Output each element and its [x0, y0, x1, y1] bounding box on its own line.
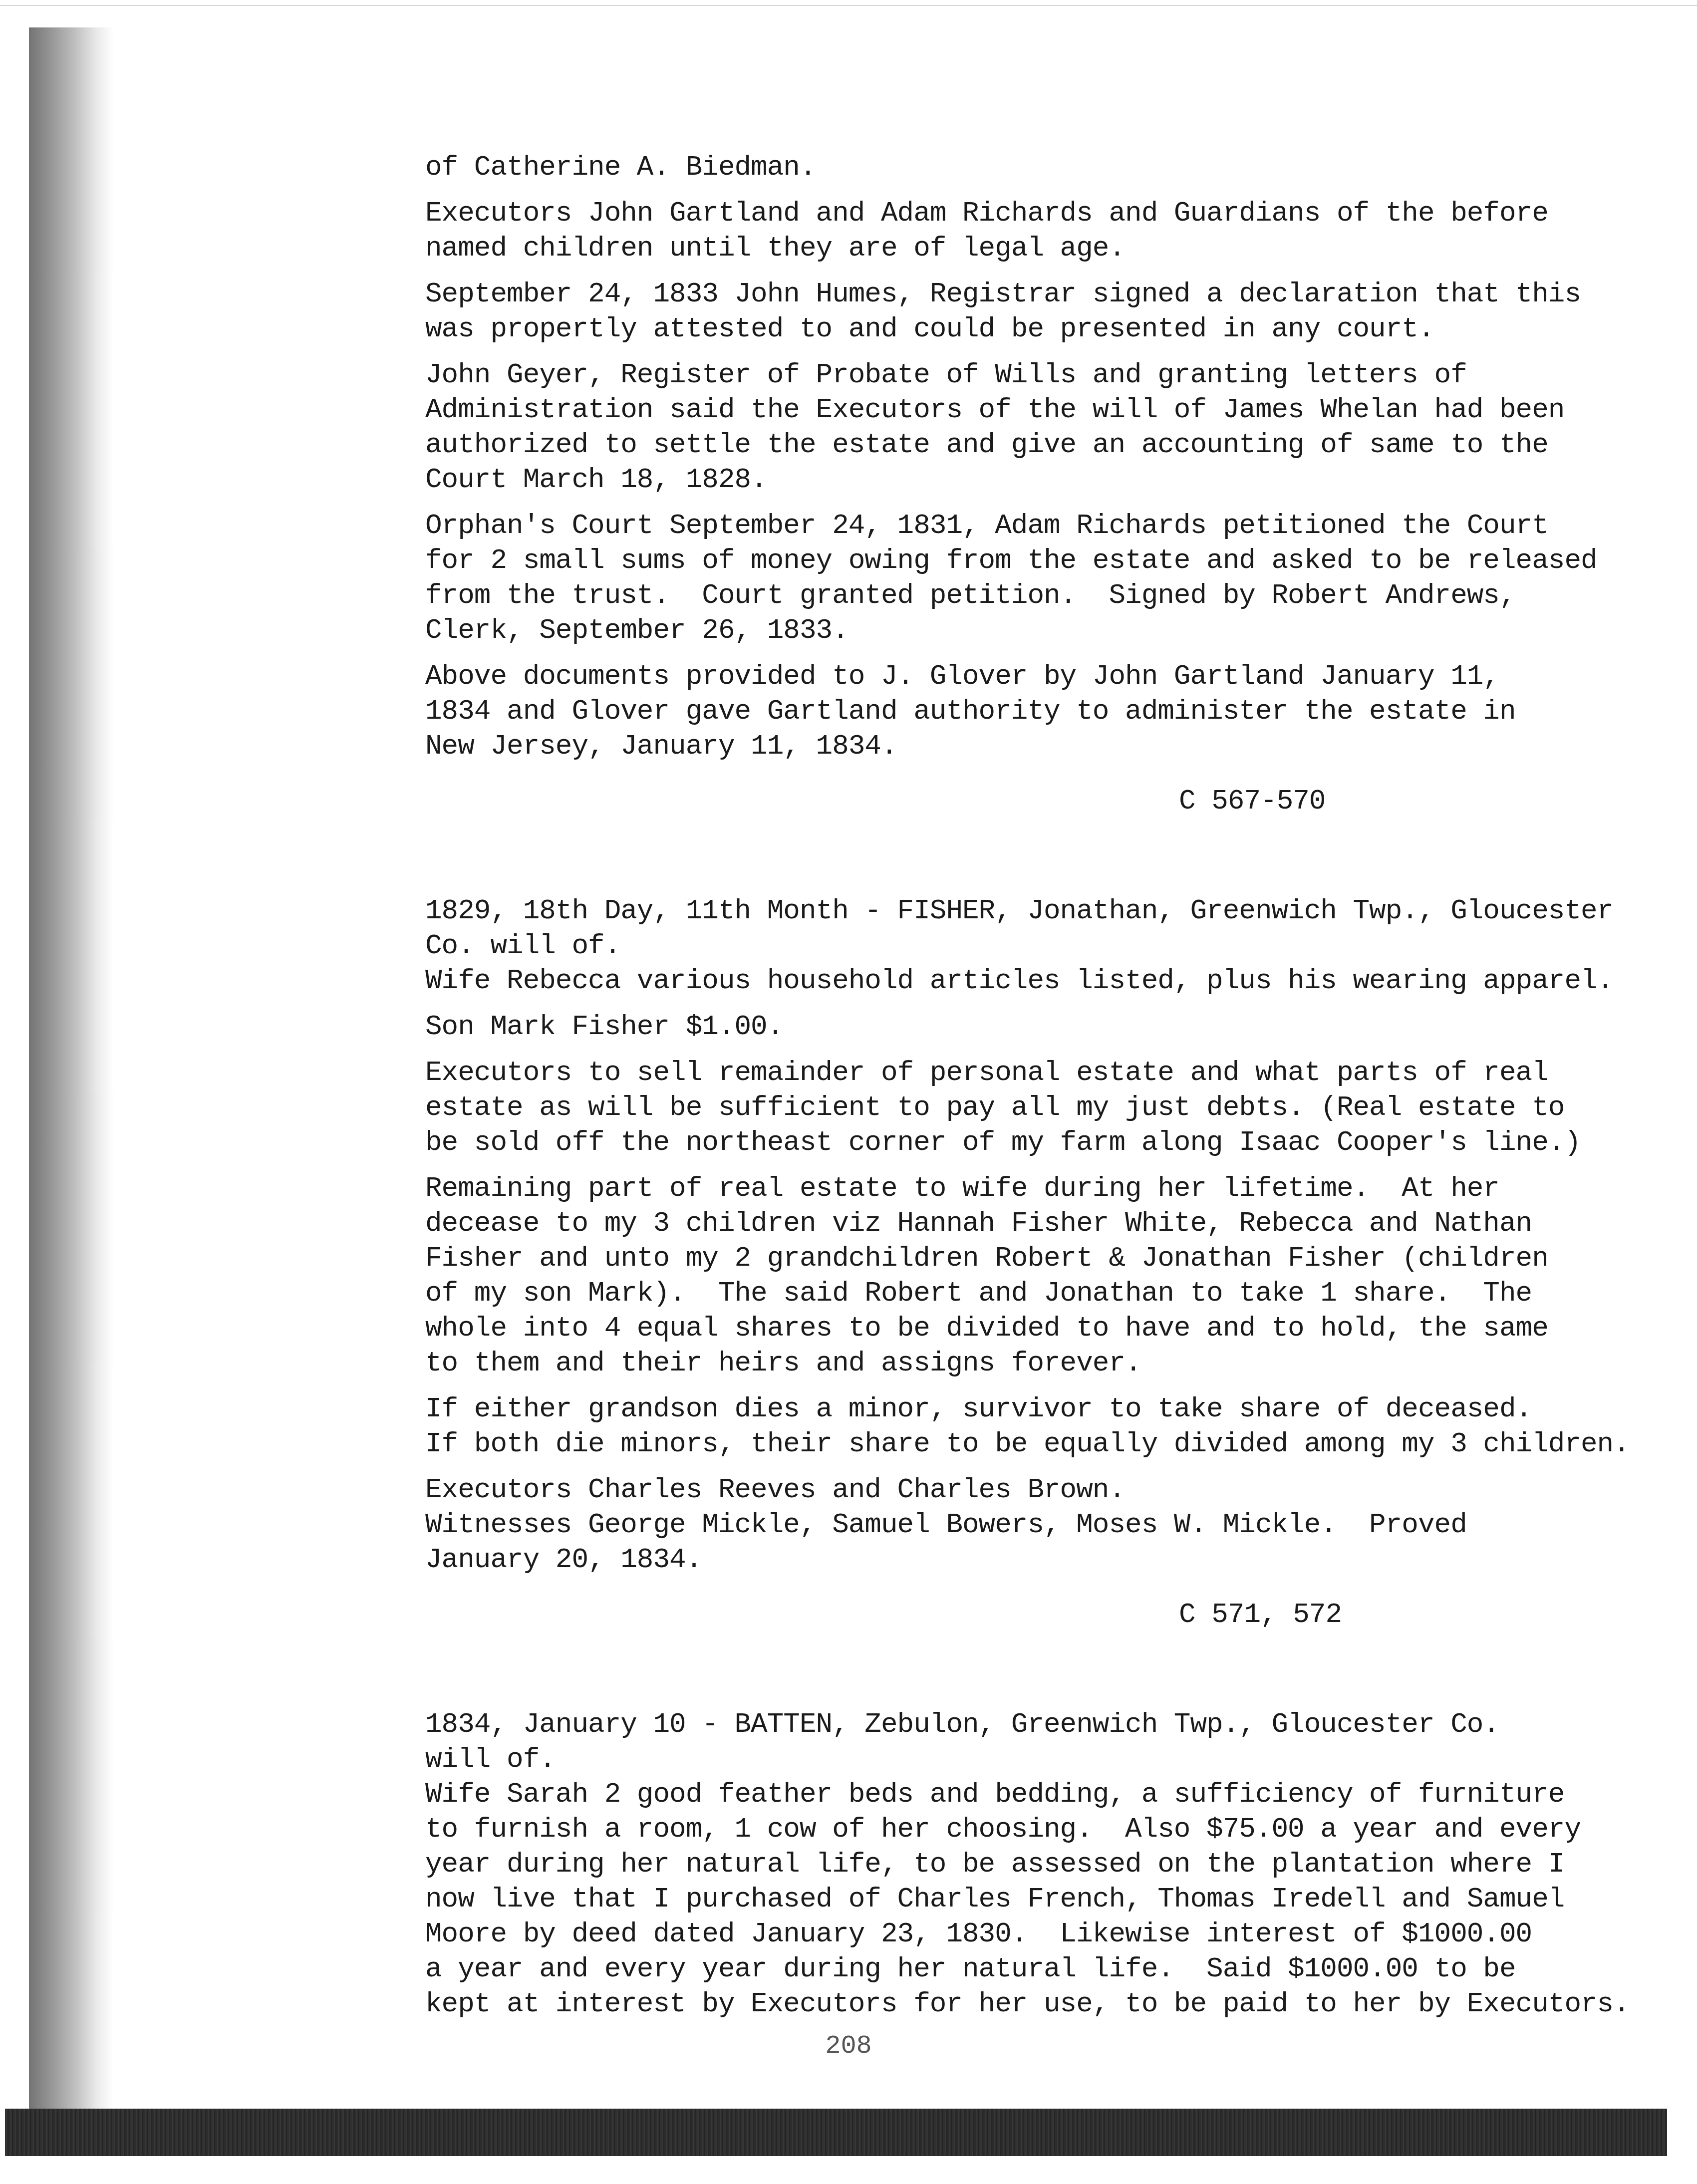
- text-line: Above documents provided to J. Glover by…: [425, 659, 1643, 694]
- paragraph: Orphan's Court September 24, 1831, Adam …: [425, 508, 1643, 648]
- text-line: Administration said the Executors of the…: [425, 392, 1643, 427]
- text-line: year during her natural life, to be asse…: [425, 1847, 1643, 1882]
- paragraph: 1829, 18th Day, 11th Month - FISHER, Jon…: [425, 893, 1643, 998]
- text-line: Moore by deed dated January 23, 1830. Li…: [425, 1916, 1643, 1951]
- record-reference: C 571, 572: [1179, 1597, 1643, 1632]
- will-entry: 1829, 18th Day, 11th Month - FISHER, Jon…: [425, 893, 1643, 1632]
- paragraph: Executors Charles Reeves and Charles Bro…: [425, 1472, 1643, 1577]
- text-line: Clerk, September 26, 1833.: [425, 613, 1643, 648]
- text-line: to furnish a room, 1 cow of her choosing…: [425, 1812, 1643, 1847]
- text-line: will of.: [425, 1742, 1643, 1777]
- scan-top-edge: [0, 5, 1697, 6]
- book-binding-shadow: [29, 27, 114, 2114]
- text-line: 1829, 18th Day, 11th Month - FISHER, Jon…: [425, 893, 1643, 928]
- text-line: of my son Mark). The said Robert and Jon…: [425, 1276, 1643, 1311]
- text-line: January 20, 1834.: [425, 1542, 1643, 1577]
- text-line: 1834 and Glover gave Gartland authority …: [425, 694, 1643, 729]
- text-line: kept at interest by Executors for her us…: [425, 1986, 1643, 2021]
- text-line: authorized to settle the estate and give…: [425, 427, 1643, 462]
- document-body: of Catherine A. Biedman.Executors John G…: [425, 150, 1643, 2032]
- text-line: Wife Rebecca various household articles …: [425, 963, 1643, 998]
- page-number: 208: [0, 2031, 1697, 2061]
- paragraph: If either grandson dies a minor, survivo…: [425, 1391, 1643, 1461]
- text-line: Executors John Gartland and Adam Richard…: [425, 196, 1643, 231]
- text-line: September 24, 1833 John Humes, Registrar…: [425, 276, 1643, 311]
- text-line: John Geyer, Register of Probate of Wills…: [425, 357, 1643, 392]
- text-line: Orphan's Court September 24, 1831, Adam …: [425, 508, 1643, 543]
- text-line: New Jersey, January 11, 1834.: [425, 729, 1643, 764]
- text-line: decease to my 3 children viz Hannah Fish…: [425, 1206, 1643, 1241]
- text-line: Executors to sell remainder of personal …: [425, 1055, 1643, 1090]
- paragraph: Remaining part of real estate to wife du…: [425, 1171, 1643, 1380]
- text-line: 1834, January 10 - BATTEN, Zebulon, Gree…: [425, 1707, 1643, 1742]
- text-line: was propertly attested to and could be p…: [425, 311, 1643, 346]
- text-line: Executors Charles Reeves and Charles Bro…: [425, 1472, 1643, 1507]
- text-line: now live that I purchased of Charles Fre…: [425, 1882, 1643, 1916]
- text-line: a year and every year during her natural…: [425, 1951, 1643, 1986]
- text-line: from the trust. Court granted petition. …: [425, 578, 1643, 613]
- text-line: Wife Sarah 2 good feather beds and beddi…: [425, 1777, 1643, 1812]
- text-line: whole into 4 equal shares to be divided …: [425, 1311, 1643, 1346]
- text-line: estate as will be sufficient to pay all …: [425, 1090, 1643, 1125]
- will-entry: of Catherine A. Biedman.Executors John G…: [425, 150, 1643, 819]
- text-line: Son Mark Fisher $1.00.: [425, 1009, 1643, 1044]
- text-line: named children until they are of legal a…: [425, 231, 1643, 266]
- text-line: If both die minors, their share to be eq…: [425, 1426, 1643, 1461]
- paragraph: of Catherine A. Biedman.: [425, 150, 1643, 185]
- text-line: to them and their heirs and assigns fore…: [425, 1346, 1643, 1380]
- text-line: be sold off the northeast corner of my f…: [425, 1125, 1643, 1160]
- record-reference: C 567-570: [1179, 784, 1643, 819]
- paragraph: John Geyer, Register of Probate of Wills…: [425, 357, 1643, 497]
- paragraph: Executors to sell remainder of personal …: [425, 1055, 1643, 1160]
- text-line: for 2 small sums of money owing from the…: [425, 543, 1643, 578]
- paragraph: 1834, January 10 - BATTEN, Zebulon, Gree…: [425, 1707, 1643, 2021]
- text-line: If either grandson dies a minor, survivo…: [425, 1391, 1643, 1426]
- paragraph: Above documents provided to J. Glover by…: [425, 659, 1643, 764]
- text-line: of Catherine A. Biedman.: [425, 150, 1643, 185]
- will-entry: 1834, January 10 - BATTEN, Zebulon, Gree…: [425, 1707, 1643, 2021]
- text-line: Fisher and unto my 2 grandchildren Rober…: [425, 1241, 1643, 1276]
- paragraph: Son Mark Fisher $1.00.: [425, 1009, 1643, 1044]
- text-line: Remaining part of real estate to wife du…: [425, 1171, 1643, 1206]
- paragraph: September 24, 1833 John Humes, Registrar…: [425, 276, 1643, 346]
- scan-bottom-edge: [5, 2109, 1667, 2156]
- paragraph: Executors John Gartland and Adam Richard…: [425, 196, 1643, 266]
- text-line: Co. will of.: [425, 928, 1643, 963]
- text-line: Court March 18, 1828.: [425, 462, 1643, 497]
- text-line: Witnesses George Mickle, Samuel Bowers, …: [425, 1507, 1643, 1542]
